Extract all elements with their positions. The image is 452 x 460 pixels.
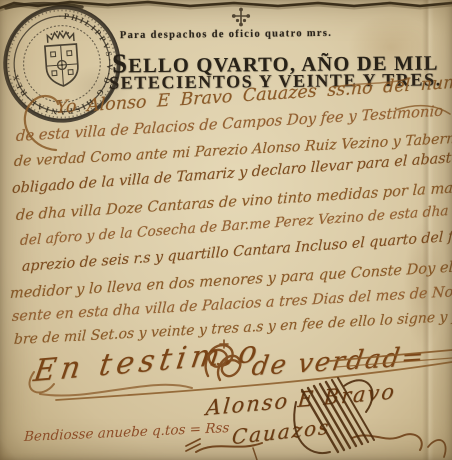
signature-tail-squiggle (352, 434, 422, 450)
signature-swash-arrow (186, 439, 200, 451)
signature-line: Cauazos (231, 415, 331, 450)
manuscript-page: ·PHILIPPVS·V·D·G·HISPANIAR·REX· Para des… (0, 0, 452, 460)
bottom-tick (253, 448, 257, 460)
attestation-right: de verdad= (250, 342, 428, 383)
printed-cross-icon (231, 7, 251, 29)
marginal-note: Bendiosse anuebe q.tos = Rss (24, 420, 230, 445)
notarial-knot-icon (196, 336, 252, 392)
